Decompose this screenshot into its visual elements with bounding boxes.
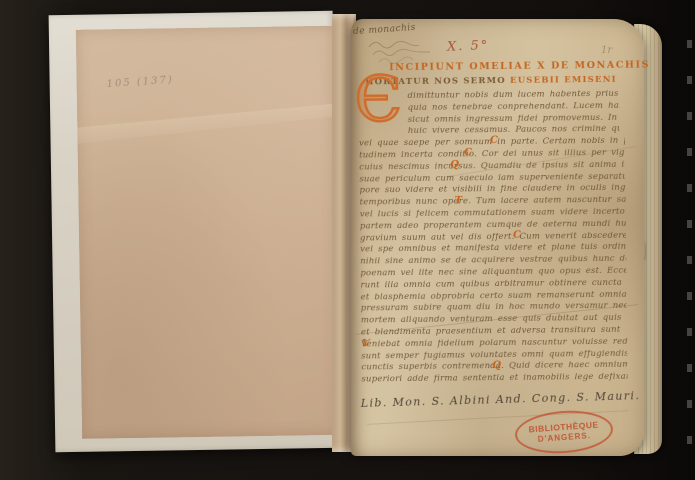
rubricated-initial: Q <box>492 360 501 371</box>
text-line: partem adeo properantem cumque de aetern… <box>360 220 626 231</box>
text-block: INCIPIUNT OMELIAE X DE MONACHIS HORTATUR… <box>349 17 647 457</box>
text-line: et blasphemia obprobria certo suam reman… <box>361 291 627 302</box>
rubric-line2-orange: EUSEBII EMISENI <box>510 75 617 86</box>
manuscript-photo: 105 (137) de monachis X. 5° 1r INCIPIUNT… <box>0 0 695 480</box>
text-line: huic vivere cessamus. Paucos nos crimine… <box>408 125 620 136</box>
text-line: et blandimenta praesentium et adversa tr… <box>361 326 627 337</box>
inside-front-cover: 105 (137) <box>49 11 340 452</box>
rubric-incipit: INCIPIUNT OMELIAE X DE MONACHIS <box>389 60 629 74</box>
rubricated-initial: T <box>455 195 463 206</box>
text-line: vel spe omnibus et manifesta videre et p… <box>360 243 626 254</box>
text-line: runt illa omnia cum quibus arbitramur ob… <box>360 279 626 290</box>
text-line: poenam vel lite nec sine aliquantum quo … <box>360 267 626 278</box>
text-line: suae periculum cum saeculo iam superveni… <box>359 173 625 184</box>
rubricated-initial: V <box>362 338 370 349</box>
rubricated-initial: C <box>490 135 498 146</box>
decorated-initial-E: Є <box>354 68 407 139</box>
text-line: sicut omnis ingressum fidei promovemus. … <box>408 114 620 125</box>
text-line: tudinem incerta conditio. Cor dei unus s… <box>359 149 625 160</box>
pencil-shelf-number: 105 (137) <box>106 75 174 91</box>
text-line: vel lucis si felicem commutationem suam … <box>360 208 626 219</box>
manuscript-page: de monachis X. 5° 1r INCIPIUNT OMELIAE X… <box>351 19 644 456</box>
pastedown-fold-crease <box>77 104 335 144</box>
text-line: quia nos tenebrae conprehendant. Lucem h… <box>408 102 620 113</box>
text-line: temporibus nunc opere. Tum iacere autem … <box>360 196 626 207</box>
text-line: superiori adde firma sententia et inamob… <box>361 373 627 384</box>
exlibris-inscription: Lib. Mon. S. Albini And. Cong. S. Mauri. <box>361 389 643 410</box>
text-line: Veniebat omnia fidelium polarum nascuntu… <box>361 338 627 349</box>
text-line: cuius nescimus incursus. Quamdiu de ipsi… <box>359 161 625 172</box>
text-line: gravium suum aut vel dis offert. Cum ven… <box>360 232 626 243</box>
rubricated-initial: C <box>464 147 472 158</box>
rubricated-initial: Q <box>450 159 459 170</box>
text-line: pressuram subire quam diu in hoc mundo v… <box>361 302 627 313</box>
text-line: dimittuntur nobis dum lucem habentes pri… <box>407 90 619 101</box>
text-line: pore suo videre et visibili in fine clau… <box>359 184 625 195</box>
text-line: mortem aliquando venturam esse quis dubi… <box>361 314 627 325</box>
pastedown-paper: 105 (137) <box>76 26 339 439</box>
text-line: nihil sine animo se de acquirere vestrae… <box>360 255 626 266</box>
rubricated-initial: C <box>513 230 521 241</box>
